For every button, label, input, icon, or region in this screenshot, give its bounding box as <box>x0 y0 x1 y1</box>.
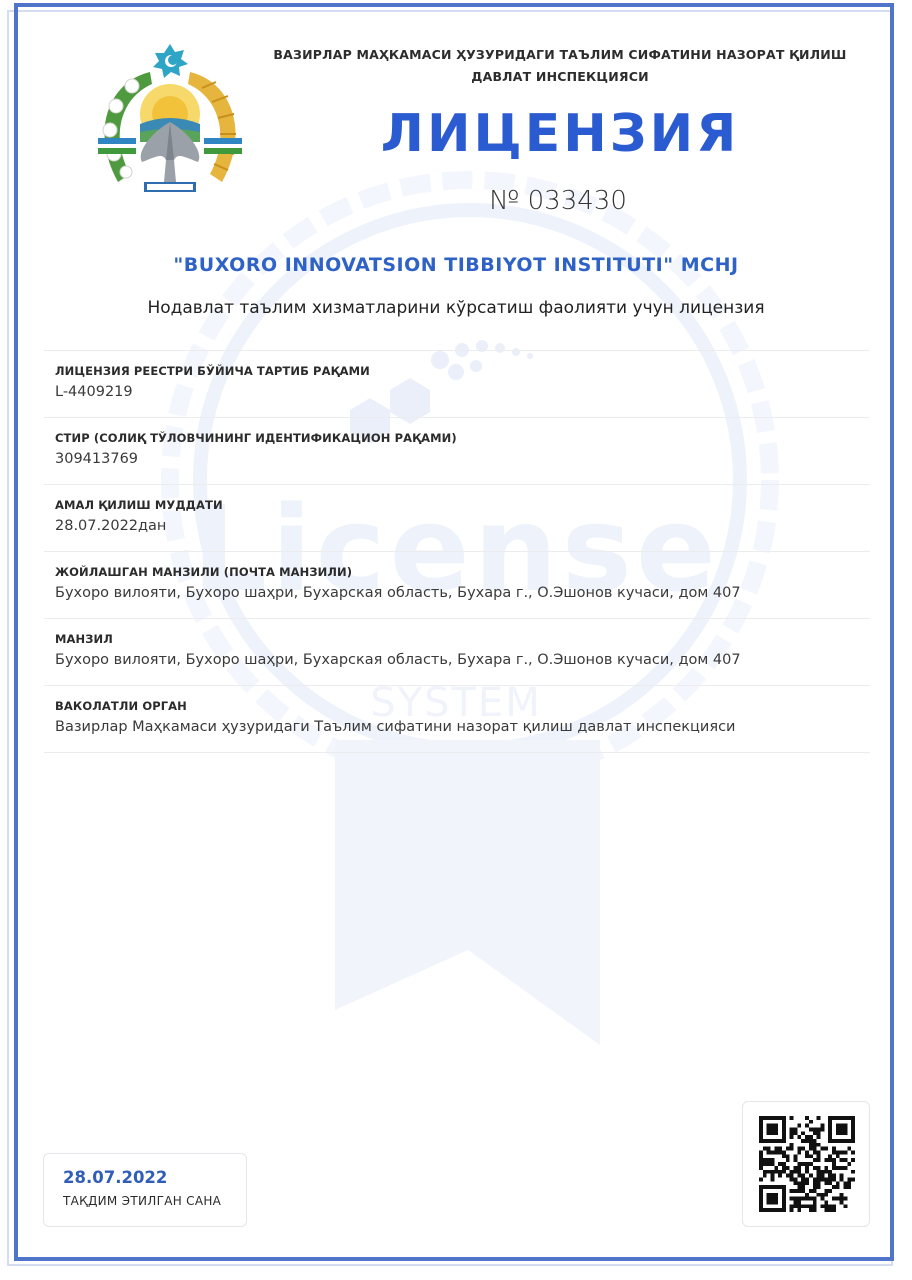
qr-code-icon[interactable] <box>759 1116 855 1212</box>
field-label: ВАКОЛАТЛИ ОРГАН <box>55 697 870 715</box>
organization-name: "BUXORO INNOVATSION TIBBIYOT INSTITUTI" … <box>40 254 872 276</box>
field-value: 28.07.2022дан <box>55 514 870 538</box>
issuing-authority: ВАЗИРЛАР МАҲКАМАСИ ҲУЗУРИДАГИ ТАЪЛИМ СИФ… <box>258 44 862 88</box>
field-tax-id: СТИР (СОЛИҚ ТЎЛОВЧИНИНГ ИДЕНТИФИКАЦИОН Р… <box>44 417 870 484</box>
uzbekistan-state-emblem-icon <box>92 42 248 198</box>
field-validity: АМАЛ ҚИЛИШ МУДДАТИ 28.07.2022дан <box>44 484 870 551</box>
submitted-date-label: ТАҚДИМ ЭТИЛГАН САНА <box>63 1194 221 1208</box>
field-label: АМАЛ ҚИЛИШ МУДДАТИ <box>55 496 870 514</box>
field-value: 309413769 <box>55 447 870 471</box>
field-value: Бухоро вилояти, Бухоро шаҳри, Бухарская … <box>55 648 870 672</box>
submitted-date: 28.07.2022 <box>63 1168 167 1187</box>
license-number: № 033430 <box>400 186 716 216</box>
license-fields: ЛИЦЕНЗИЯ РЕЕСТРИ БЎЙИЧА ТАРТИБ РАҚАМИ L-… <box>44 350 870 753</box>
license-type: Нодавлат таълим хизматларини кўрсатиш фа… <box>40 298 872 318</box>
field-label: СТИР (СОЛИҚ ТЎЛОВЧИНИНГ ИДЕНТИФИКАЦИОН Р… <box>55 429 870 447</box>
submitted-date-card: 28.07.2022 ТАҚДИМ ЭТИЛГАН САНА <box>43 1153 247 1227</box>
field-value: L-4409219 <box>55 380 870 404</box>
field-label: ЛИЦЕНЗИЯ РЕЕСТРИ БЎЙИЧА ТАРТИБ РАҚАМИ <box>55 362 870 380</box>
field-value: Вазирлар Маҳкамаси ҳузуридаги Таълим сиф… <box>55 715 870 739</box>
field-label: ЖОЙЛАШГАН МАНЗИЛИ (ПОЧТА МАНЗИЛИ) <box>55 563 870 581</box>
qr-card[interactable] <box>742 1101 870 1227</box>
field-address: МАНЗИЛ Бухоро вилояти, Бухоро шаҳри, Бух… <box>44 618 870 685</box>
license-document: License SYSTEM <box>0 0 912 1280</box>
document-title: ЛИЦЕНЗИЯ <box>330 104 790 164</box>
field-value: Бухоро вилояти, Бухоро шаҳри, Бухарская … <box>55 581 870 605</box>
field-registry-number: ЛИЦЕНЗИЯ РЕЕСТРИ БЎЙИЧА ТАРТИБ РАҚАМИ L-… <box>44 350 870 417</box>
field-label: МАНЗИЛ <box>55 630 870 648</box>
field-postal-address: ЖОЙЛАШГАН МАНЗИЛИ (ПОЧТА МАНЗИЛИ) Бухоро… <box>44 551 870 618</box>
field-authorized-body: ВАКОЛАТЛИ ОРГАН Вазирлар Маҳкамаси ҳузур… <box>44 685 870 753</box>
